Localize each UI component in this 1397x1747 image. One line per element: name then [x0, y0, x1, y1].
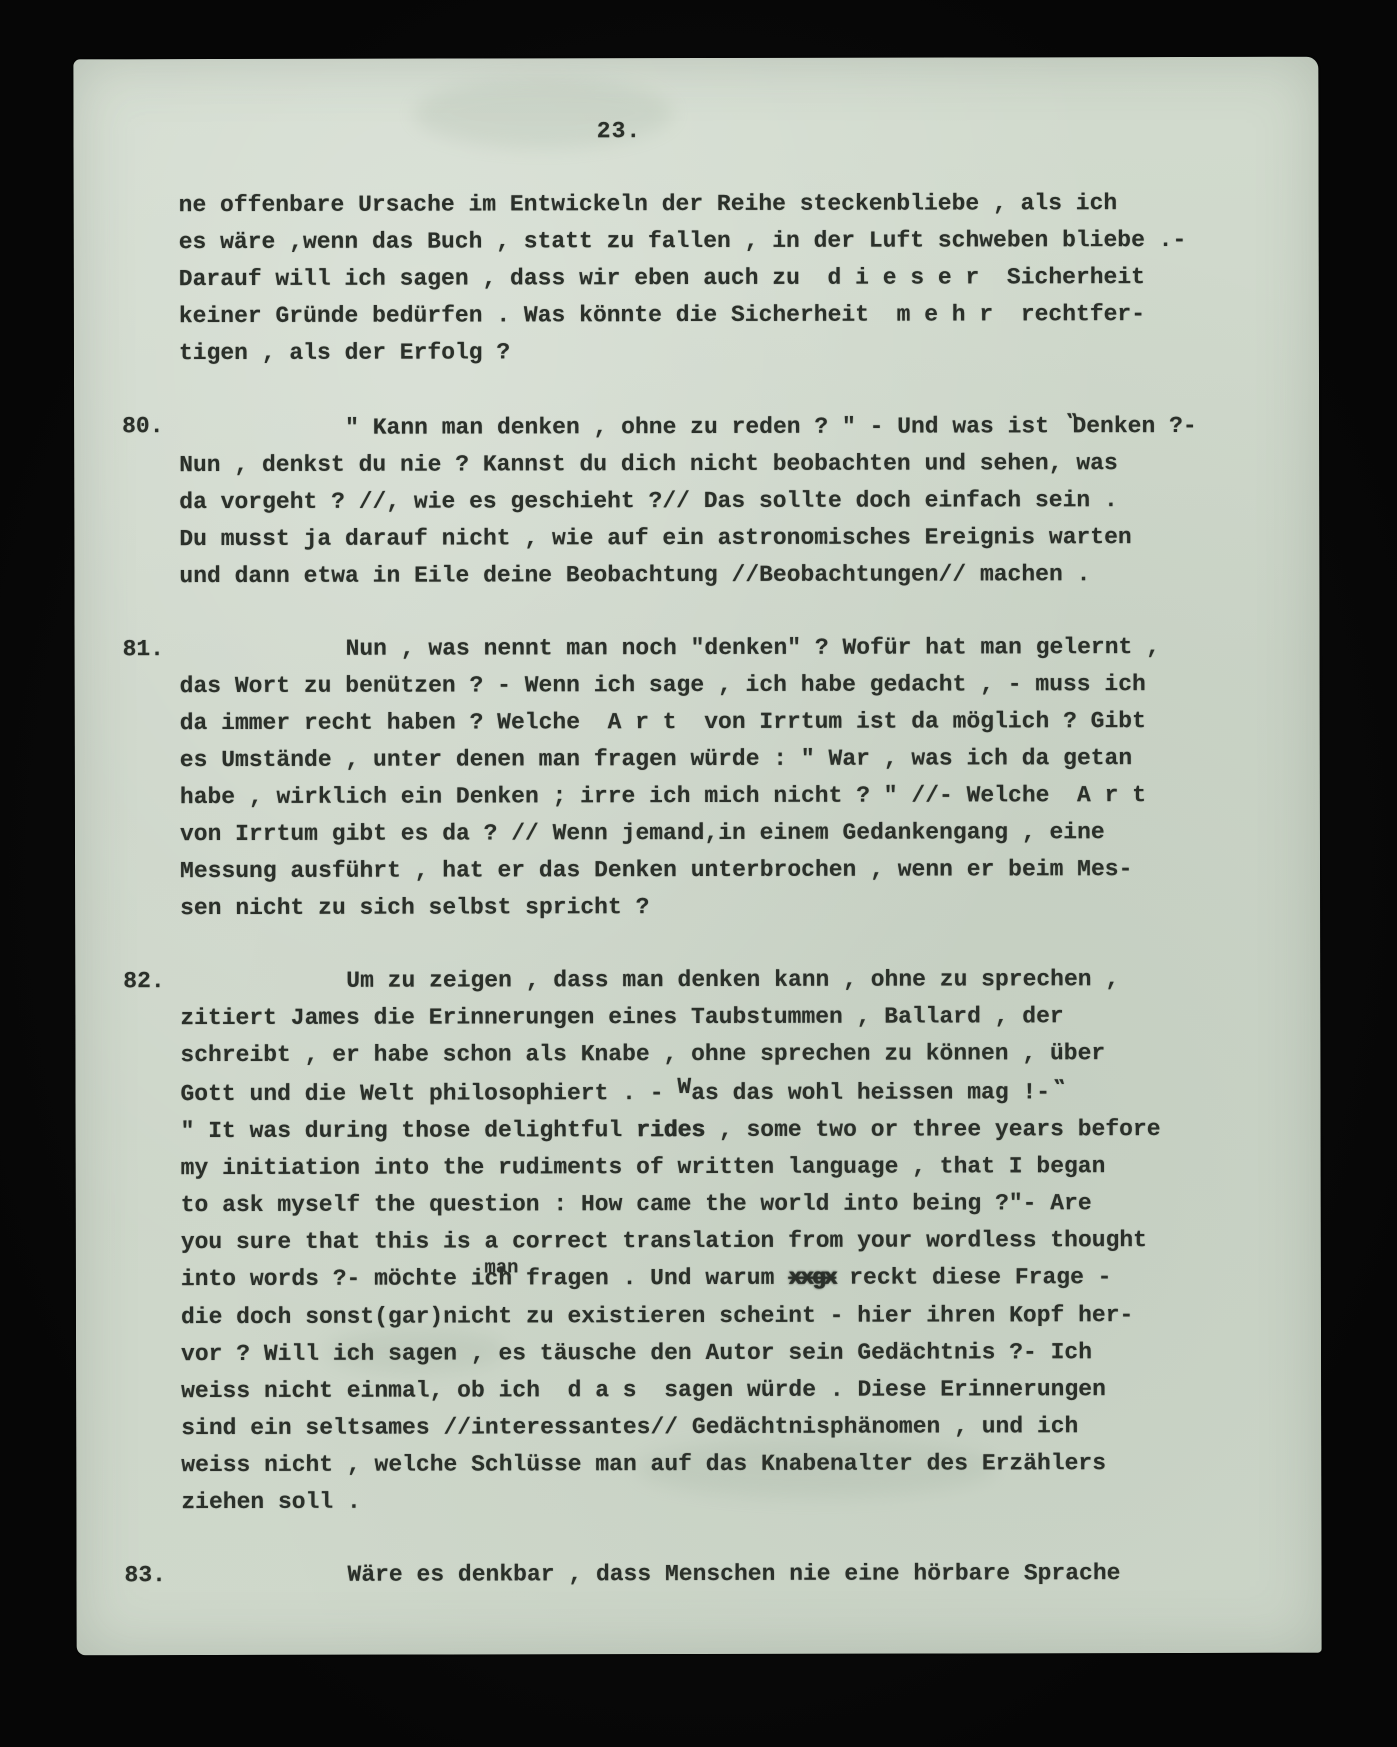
text-line: zitiert James die Erinnerungen eines Tau…: [180, 998, 1280, 1037]
text-segment: , some two or three years before: [705, 1116, 1161, 1143]
document-page: 23. ne offenbare Ursache im Entwickeln d…: [73, 57, 1321, 1656]
text-line: " Kann man denken , ohne zu reden ? " - …: [179, 406, 1279, 447]
paragraph-number: 81.: [123, 631, 164, 668]
text-line: Darauf will ich sagen , dass wir eben au…: [179, 259, 1279, 298]
paragraphs: ne offenbare Ursache im Entwickeln der R…: [74, 185, 1322, 1595]
text-line: und dann etwa in Eile deine Beobachtung …: [179, 556, 1279, 595]
text-segment: Denken ?-: [1072, 413, 1196, 439]
paragraph-number: 83.: [124, 1557, 165, 1594]
hand-mark: ‶: [1050, 1075, 1060, 1105]
text-line: da vorgeht ? //, wie es geschieht ?// Da…: [179, 482, 1279, 521]
text-line: tigen , als der Erfolg ?: [179, 333, 1279, 372]
text-segment: " It was during those delightful: [181, 1117, 637, 1144]
text-line: " It was during those delightful rides ,…: [181, 1111, 1281, 1150]
text-line: Du musst ja darauf nicht , wie auf ein a…: [179, 519, 1279, 558]
paragraph: 83.Wäre es denkbar , dass Menschen nie e…: [76, 1555, 1321, 1595]
text-segment: ch fragen . Und warum: [485, 1265, 789, 1292]
text-line: die doch sonst(gar)nicht zu existieren s…: [181, 1297, 1281, 1336]
paragraph-number: 80.: [122, 408, 163, 445]
paragraph: 81.Nun , was nennt man noch "denken" ? W…: [75, 629, 1321, 928]
text-line: vor ? Will ich sagen , es täusche den Au…: [181, 1334, 1281, 1373]
text-line: Nun , denkst du nie ? Kannst du dich nic…: [179, 445, 1279, 484]
text-line: to ask myself the question : How came th…: [181, 1185, 1281, 1224]
text-line: schreibt , er habe schon als Knabe , ohn…: [180, 1035, 1280, 1074]
text-line: you sure that this is a correct translat…: [181, 1222, 1281, 1261]
text-line: Messung ausführt , hat er das Denken unt…: [180, 851, 1280, 890]
text-segment: as das wohl heissen mag !-: [691, 1079, 1050, 1106]
text-line: sind ein seltsames //interessantes// Ged…: [181, 1408, 1281, 1447]
text-line: Um zu zeigen , dass man denken kann , oh…: [180, 961, 1280, 1000]
text-line: ne offenbare Ursache im Entwickeln der R…: [179, 185, 1279, 224]
raised-mark: W: [677, 1074, 691, 1100]
hand-mark: ‶: [1063, 409, 1073, 439]
scan-background: 23. ne offenbare Ursache im Entwickeln d…: [0, 0, 1397, 1747]
strike-mark: xxgx: [788, 1265, 835, 1291]
text-line: habe , wirklich ein Denken ; irre ich mi…: [180, 777, 1280, 816]
text-line: ziehen soll .: [181, 1482, 1281, 1521]
text-line: es Umstände , unter denen man fragen wür…: [180, 740, 1280, 779]
text-line: weiss nicht , welche Schlüsse man auf da…: [181, 1445, 1281, 1484]
page-number: 23.: [0, 112, 1242, 152]
paragraph: 82.Um zu zeigen , dass man denken kann ,…: [75, 961, 1321, 1522]
text-line: my initiation into the rudiments of writ…: [181, 1148, 1281, 1187]
paragraph-number: 82.: [123, 963, 164, 1000]
text-line: sen nicht zu sich selbst spricht ?: [180, 888, 1280, 927]
text-line: da immer recht haben ? Welche A r t von …: [180, 703, 1280, 742]
paragraph: ne offenbare Ursache im Entwickeln der R…: [74, 185, 1319, 373]
text-segment: reckt diese Frage -: [835, 1264, 1111, 1291]
text-line: Nun , was nennt man noch "denken" ? Wofü…: [180, 629, 1280, 668]
text-line: von Irrtum gibt es da ? // Wenn jemand,i…: [180, 814, 1280, 853]
text-line: into words ?- möchte imanch fragen . Und…: [181, 1259, 1281, 1299]
text-segment: Gott und die Welt philosophiert . -: [180, 1080, 677, 1107]
paragraph: 80." Kann man denken , ohne zu reden ? "…: [74, 406, 1319, 596]
text-line: keiner Gründe bedürfen . Was könnte die …: [179, 296, 1279, 335]
text-line: weiss nicht einmal, ob ich d a s sagen w…: [181, 1371, 1281, 1410]
text-line: es wäre ,wenn das Buch , statt zu fallen…: [179, 222, 1279, 261]
text-line: Gott und die Welt philosophiert . - Was …: [180, 1072, 1280, 1113]
bold-mark: rides: [636, 1117, 705, 1143]
text-line: Wäre es denkbar , dass Menschen nie eine…: [181, 1555, 1281, 1594]
text-line: das Wort zu benützen ? - Wenn ich sage ,…: [180, 666, 1280, 705]
text-segment: into words ?- möchte i: [181, 1265, 485, 1292]
text-segment: " Kann man denken , ohne zu reden ? " - …: [345, 413, 1063, 441]
